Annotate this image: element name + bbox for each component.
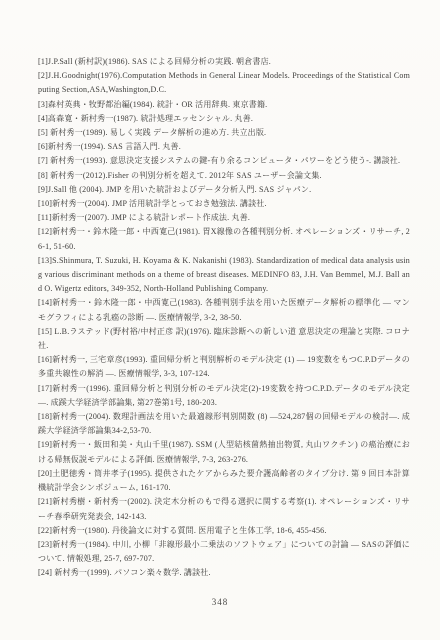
reference-entry: [18]新村秀一(2004). 数理計画法を用いた最適線形判別関数 (8) ―5… [38,410,410,438]
reference-entry: [10]新村秀一(2004). JMP 活用統計学とっておき勉強法. 講談社. [38,197,410,211]
reference-entry: [6]新村秀一(1994). SAS 言語入門. 丸善. [38,140,410,154]
reference-entry: [24] 新村秀一(1999). パソコン楽々数学. 講談社. [38,566,410,580]
page-number: 348 [0,597,440,607]
reference-entry: [23]新村秀一(1984). 中川, 小柳「非線形最小二乗法のソフトウェア」に… [38,538,410,566]
reference-entry: [7] 新村秀一(1993). 意思決定支援システムの鍵-有り余るコンピュータ・… [38,154,410,168]
reference-entry: [9]J.Sall 他 (2004). JMP を用いた統計およびデータ分析入門… [38,183,410,197]
reference-entry: [13]S.Shinmura, T. Suzuki, H. Koyama & K… [38,254,410,297]
reference-entry: [2]J.H.Goodnight(1976).Computation Metho… [38,69,410,97]
reference-entry: [15] L.B.ラステッド(野村裕/中村正彦 訳)(1976). 臨床診断への… [38,325,410,353]
reference-entry: [1]J.P.Sall (新村訳)(1986). SAS による回帰分析の実践.… [38,55,410,69]
reference-entry: [14]新村秀一・鈴木隆一郎・中西寛己(1983). 各種判別手法を用いた医療デ… [38,296,410,324]
reference-entry: [17]新村秀一(1996). 重回帰分析と判別分析のモデル決定(2)-19変数… [38,382,410,410]
reference-entry: [3]森村英典・牧野都治編(1984). 統計・OR 活用辞典. 東京書籍. [38,98,410,112]
reference-list: [1]J.P.Sall (新村訳)(1986). SAS による回帰分析の実践.… [38,55,410,581]
reference-entry: [20]土肥徳秀・筒井孝子(1995). 提供されたケアからみた要介護高齢者のタ… [38,467,410,495]
reference-entry: [19]新村秀一・飯田和美・丸山千里(1987). SSM (人型結核菌熱抽出物… [38,438,410,466]
reference-entry: [4]高森寛・新村秀一(1987). 統計処理エッセンシャル. 丸善. [38,112,410,126]
reference-entry: [8] 新村秀一(2012).Fisher の判別分析を超えて. 2012年 S… [38,169,410,183]
reference-entry: [16]新村秀一, 三宅章彦(1993). 重回帰分析と判別解析のモデル決定 (… [38,353,410,381]
reference-entry: [5] 新村秀一(1989). 易しく実践 データ解析の進め方. 共立出版. [38,126,410,140]
reference-entry: [21]新村秀樹・新村秀一(2002). 決定木分析のもで得る選択に関する考察(… [38,495,410,523]
document-page: [1]J.P.Sall (新村訳)(1986). SAS による回帰分析の実践.… [0,0,440,640]
reference-entry: [22]新村秀一(1980). 丹後論文に対する質問. 医用電子と生体工学, 1… [38,524,410,538]
reference-entry: [11]新村秀一(2007). JMP による統計レポート作成法. 丸善. [38,211,410,225]
reference-entry: [12]新村秀一・鈴木隆一郎・中西寛己(1981). 胃X線像の各種判別分析. … [38,225,410,253]
